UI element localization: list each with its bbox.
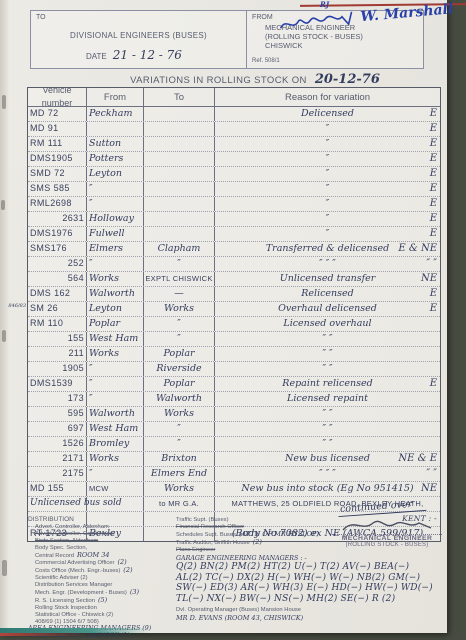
distribution-item-text: Traffic Supt. (Buses) [176,517,229,523]
distribution-item: Advert. Controller, Aldenham [28,524,176,531]
cell-reason: Overhaul delicensedE [215,302,440,316]
cell-reason: Unlicensed transferNE [215,272,440,286]
cell-reason: ″E [215,182,440,196]
distribution-item-text: Traffic Auditor, Griffith House [176,540,250,546]
cell-from: West Ham [87,422,144,436]
reason-text: ″ [326,183,330,194]
status-mark: E [430,227,437,240]
cell-to: Works [144,407,215,421]
table-row: SMS176Elmers EndClaphamTransferred & del… [28,242,440,257]
table-row: MD 72PeckhamDelicensedE [28,107,440,122]
status-mark: ″ ″ [426,257,437,270]
table-row: 2175″Elmers End″ ″ ″″ ″ [28,467,440,482]
status-mark: E [430,182,437,195]
cell-vehicle-number: 2175 [28,467,87,481]
to-value: DIVISIONAL ENGINEERS (BUSES) [31,31,246,40]
cell-vehicle-number: MD 72 [28,107,87,121]
reason-text: ″ [326,153,330,164]
cell-vehicle-number: 595 [28,407,87,421]
table-row: SMS 585″″E [28,182,440,197]
col-header-vehicle: Vehicle number [28,88,87,106]
cell-vehicle-number: 173 [28,392,87,406]
cell-vehicle-number: SMS 585 [28,182,87,196]
reason-text: ″ [326,138,330,149]
table-row: 252″″″ ″ ″″ ″ [28,257,440,272]
cell-to: ″ [144,317,215,331]
cell-to: Poplar [144,347,215,361]
cell-from: ″ [87,257,144,271]
cell-from: Elmers End [87,242,144,256]
title-date: 20-12-76 [315,72,380,87]
cell-to: Poplar [144,377,215,391]
cell-to: ″ [144,422,215,436]
initials-annotation: RJ [320,0,329,9]
scan-artifact [1,200,5,210]
cell-reason: ″ ″ ″″ ″ [215,257,440,271]
cell-to: Works [144,482,215,496]
cell-reason: ″E [215,137,440,151]
garage-code-line: SW(−) ED(3) AR(−) WH(3) E(−) HD(−) HW(−)… [176,583,440,594]
reason-text: ″ ″ ″ [319,258,336,269]
cell-to: EXPTL CHISWICK [144,272,215,286]
cell-reason: ″ ″ [215,422,440,436]
cell-to: Walworth [144,392,215,406]
cell-vehicle-number: 697 [28,422,87,436]
reason-text: ″ ″ [322,348,332,359]
cell-to [144,167,215,181]
distribution-item-text: Financial Research Officer [176,524,244,530]
cell-to: Clapham [144,242,215,256]
cell-vehicle-number: 1526 [28,437,87,451]
cell-reason: ″ ″ [215,347,440,361]
cell-reason: ″ ″ [215,332,440,346]
table-row: DMS1976Fulwell″E [28,227,440,242]
cell-from: ″ [87,467,144,481]
cell-vehicle-number: 2631 [28,212,87,226]
cell-vehicle-number: 211 [28,347,87,361]
distribution-item-text: Rolling Stock Inspection [35,605,97,611]
form-title: VARIATIONS IN ROLLING STOCK ON20-12-76 [90,70,420,88]
cell-to: Brixton [144,452,215,466]
cell-to [144,152,215,166]
garage-code-lines: Q(2) BN(2) PM(2) HT(2) U(−) T(2) AV(−) B… [176,562,440,604]
variations-table: Vehicle number From To Reason for variat… [27,87,441,542]
distribution-item-text: Distribution Services Manager [35,582,112,588]
cell-to [144,227,215,241]
table-row: 173″WalworthLicensed repaint [28,392,440,407]
distribution-left-column: DISTRIBUTIONAdvert. Controller, Aldenham… [28,517,176,639]
distribution-item-suffix: (2) [253,538,262,546]
reason-text: ″ ″ [322,408,332,419]
cell-to: — [144,287,215,301]
reason-text: ″ ″ [322,423,332,434]
table-row: 2171WorksBrixtonNew bus licensedNE & E [28,452,440,467]
cell-from: Peckham [87,107,144,121]
cell-to: ″ [144,257,215,271]
garage-code-line: TL(−) NX(−) BW(−) NS(−) MH(2) SE(−) R (2… [176,594,440,605]
reason-text: ″ ″ ″ [319,468,336,479]
cell-vehicle-number: 2171 [28,452,87,466]
distribution-item-text: Mech. Engr. (Development - Buses) [35,590,127,596]
table-row: 1905″Riverside″ ″ [28,362,440,377]
distribution-item: Statistical Office - Chiswick (2) [28,612,176,619]
cell-from: Walworth [87,287,144,301]
cell-reason: ″E [215,227,440,241]
cell-from: Poplar [87,317,144,331]
table-row: 595WalworthWorks″ ″ [28,407,440,422]
title-text: VARIATIONS IN ROLLING STOCK ON [130,75,307,86]
col-header-reason: Reason for variation [215,88,440,106]
distribution-item-text: Scientific Adviser (2) [35,575,88,581]
table-row: RM 111Sutton″E [28,137,440,152]
cell-reason: ″ ″ [215,362,440,376]
table-body: MD 72PeckhamDelicensedEMD 91″ERM 111Sutt… [28,107,440,541]
operating-manager-line: Dvl. Operating Manager (Buses) Mansion H… [176,607,440,614]
table-row: RML2698″″E [28,197,440,212]
cell-from: Leyton [87,302,144,316]
distribution-item: Commercial Advertising Officer(2) [28,559,176,567]
cell-from: Sutton [87,137,144,151]
table-row: MD 155MCW BIRMINGHAMWorksNew bus into st… [28,482,440,497]
distribution-item-text: Statistical Office - Chiswick (2) [35,612,113,618]
cell-vehicle-number: 252 [28,257,87,271]
cell-vehicle-number: DMS 162 [28,287,87,301]
stamp-signature-scribble [337,516,437,534]
distribution-item: Scientific Adviser (2) [28,575,176,582]
distribution-item-suffix: (2) [117,558,126,566]
cell-reason: ″ ″ [215,437,440,451]
distribution-item: Rolling Stock Inspection [28,605,176,612]
scanned-form-page: TO DIVISIONAL ENGINEERS (BUSES) DATE21 -… [0,0,447,633]
distribution-item-suffix: (2) [123,566,132,574]
reason-text: New bus into stock (Eg No 951415) [241,483,413,494]
distribution-item: Central RecordROOM 34 [28,552,176,560]
distribution-item: Birds Section, Aldenham [28,538,176,545]
distribution-item-text: Commercial Advertising Officer [35,560,114,566]
evans-line: MR D. EVANS (ROOM 43, CHISWICK) [176,614,440,622]
cell-from: ″ [87,362,144,376]
reason-text: Delicensed [301,108,354,119]
distribution-item: R. S. Licensing Section(5) [28,597,176,605]
status-mark: ″ ″ [426,467,437,480]
cell-reason: New bus into stock (Eg No 951415)NE [215,482,440,496]
cell-vehicle-number: 155 [28,332,87,346]
reason-text: ″ ″ [322,438,332,449]
scan-artifact [2,560,7,576]
distribution-item: Costs Office (Mech. Engr.-buses)(2) [28,567,176,575]
status-mark: E [430,152,437,165]
date-label: DATE [86,52,107,61]
cell-to: Riverside [144,362,215,376]
status-mark: NE [421,272,437,285]
status-mark: E [430,197,437,210]
reason-text: ″ ″ [322,363,332,374]
reason-text: Overhaul delicensed [278,303,377,314]
cell-reason: ″ ″ [215,407,440,421]
cell-to: ″ [144,332,215,346]
distribution-item-suffix: (3) [130,588,139,596]
reason-text: ″ [326,198,330,209]
distribution-item-suffix: (ATTN OF MR HYSLOP) [239,530,319,538]
cell-reason: ″E [215,152,440,166]
status-mark: E [430,212,437,225]
distribution-item-text: Body Spec. Section, [35,545,87,551]
cell-reason: Licensed overhaul [215,317,440,331]
cell-to: Elmers End [144,467,215,481]
table-row: 155West Ham″″ ″ [28,332,440,347]
cell-vehicle-number: RM 110 [28,317,87,331]
reason-text: ″ ″ [322,333,332,344]
cell-reason: RelicensedE [215,287,440,301]
cell-from: Works [87,272,144,286]
cell-from: West Ham [87,332,144,346]
cell-to [144,137,215,151]
col-header-from: From [87,88,144,106]
distribution-item-suffix: ROOM 34 [77,551,110,559]
table-row: 211WorksPoplar″ ″ [28,347,440,362]
status-mark: E [430,167,437,180]
status-mark: E [430,122,437,135]
cell-from: Fulwell [87,227,144,241]
status-mark: E [430,302,437,315]
cell-from: Leyton [87,167,144,181]
scan-artifact [2,330,6,342]
status-mark: NE [421,482,437,495]
signature-name: W. Marshall [360,1,454,25]
cell-vehicle-number: SM 26 [28,302,87,316]
status-mark: E [430,377,437,390]
to-label: TO [36,14,46,21]
distribution-item: Advert. Controller, Camberwell [28,531,176,538]
from-line-3: CHISWICK [265,41,363,50]
cell-reason: Repaint relicensedE [215,377,440,391]
distribution-item-text: Schedules Supt. Buses [176,532,236,538]
date-value: 21 - 12 - 76 [113,48,182,62]
distribution-item-text: Advert. Controller, Camberwell [35,531,114,537]
garage-code-line: AL(2) TC(−) DX(2) H(−) WH(−) W(−) NB(2) … [176,573,440,584]
cell-from: Works [87,452,144,466]
cell-to [144,182,215,196]
table-row: SM 26LeytonWorksOverhaul delicensedE846/… [28,302,440,317]
cell-reason: Transferred & delicensedE & NE [215,242,440,256]
cell-vehicle-number: SMS176 [28,242,87,256]
distribution-item-text: R. S. Licensing Section [35,598,95,604]
cell-reason: DelicensedE [215,107,440,121]
distribution-item-suffix: (5) [98,596,107,604]
reason-text: ″ [326,213,330,224]
distribution-item-text: Central Record [35,553,74,559]
table-row: 1526Bromley″″ ″ [28,437,440,452]
table-row: DMS 162Walworth—RelicensedE [28,287,440,302]
cell-from: Walworth [87,407,144,421]
cell-from: Potters Bar [87,152,144,166]
reason-text: Relicensed [301,288,354,299]
to-cell: TO DIVISIONAL ENGINEERS (BUSES) DATE21 -… [31,11,247,68]
cell-reason: ″E [215,167,440,181]
reason-text: Licensed repaint [287,393,368,404]
cell-vehicle-number: MD 155 [28,482,87,496]
distribution-item: DISTRIBUTION [28,517,176,524]
distribution-item-text: Costs Office (Mech. Engr.-buses) [35,568,120,574]
distribution-item: Distribution Services Manager [28,582,176,589]
cell-from: ″ [87,182,144,196]
cell-to [144,197,215,211]
table-row: MD 91″E [28,122,440,137]
status-mark: E & NE [398,242,437,255]
cell-to: to MR G.A. [144,497,215,511]
reason-text: ″ [326,228,330,239]
cell-vehicle-number: SMD 72 [28,167,87,181]
distribution-item-text: Advert. Controller, Aldenham [35,524,109,530]
cell-vehicle-number: Unlicensed bus sold [28,497,87,511]
margin-note: 846/83 [2,304,26,309]
status-mark: E [430,287,437,300]
cell-reason: New bus licensedNE & E [215,452,440,466]
reason-text: Repaint relicensed [282,378,372,389]
table-row: 2631Holloway″E [28,212,440,227]
reason-text: New bus licensed [285,453,370,464]
cell-from: MCW BIRMINGHAM [87,482,144,496]
cell-to: Works [144,302,215,316]
cell-reason: ″ ″ ″″ ″ [215,467,440,481]
cell-from: Holloway [87,212,144,226]
reason-text: ″ [326,123,330,134]
stamp-line-1: MECHANICAL ENGINEER [328,535,446,542]
cell-reason: ″E [215,212,440,226]
cell-from [87,122,144,136]
table-row: DMS1539″PoplarRepaint relicensedE [28,377,440,392]
status-mark: E [430,107,437,120]
table-row: SMD 72Leyton″E [28,167,440,182]
status-mark: NE & E [398,452,437,465]
cell-from: ″ [87,197,144,211]
cell-to [144,107,215,121]
cell-vehicle-number: DMS1905 [28,152,87,166]
mechanical-engineer-stamp: MECHANICAL ENGINEER (ROLLING STOCK - BUS… [328,516,446,548]
cell-to [144,122,215,136]
reason-text: ″ [326,168,330,179]
cell-vehicle-number: 564 [28,272,87,286]
garage-code-line: Q(2) BN(2) PM(2) HT(2) U(−) T(2) AV(−) B… [176,562,440,573]
cell-reason: ″E [215,122,440,136]
cell-vehicle-number: DMS1539 [28,377,87,391]
reason-text: Unlicensed transfer [280,273,376,284]
scan-artifact [2,95,6,109]
cell-from: ″ [87,392,144,406]
table-header-row: Vehicle number From To Reason for variat… [28,88,440,107]
cell-reason: Licensed repaint [215,392,440,406]
cell-vehicle-number: 1905 [28,362,87,376]
cell-from: Works [87,347,144,361]
date-line: DATE21 - 12 - 76 [86,48,182,62]
distribution-item-text: Birds Section, Aldenham [35,538,98,544]
reason-text: Licensed overhaul [283,318,371,329]
stamp-line-2: (ROLLING STOCK - BUSES) [328,542,446,548]
scanner-red-streak [0,633,90,636]
table-row: RM 110Poplar″Licensed overhaul [28,317,440,332]
table-row: DMS1905Potters Bar″E [28,152,440,167]
cell-to [144,212,215,226]
cell-to: ″ [144,437,215,451]
cell-vehicle-number: RM 111 [28,137,87,151]
ref-number: Ref. 508/1 [252,58,280,64]
cell-from: Bromley [87,437,144,451]
reason-text: Transferred & delicensed [266,243,389,254]
cell-vehicle-number: RML2698 [28,197,87,211]
cell-vehicle-number: DMS1976 [28,227,87,241]
table-row: 564WorksEXPTL CHISWICKUnlicensed transfe… [28,272,440,287]
from-label: FROM [252,14,273,21]
cell-reason: ″E [215,197,440,211]
distribution-item-text: Plans Engineer [176,547,215,553]
cell-vehicle-number: MD 91 [28,122,87,136]
cell-from: ″ [87,377,144,391]
status-mark: E [430,137,437,150]
col-header-to: To [144,88,215,106]
table-row: 697West Ham″″ ″ [28,422,440,437]
distribution-item-text: DISTRIBUTION [28,516,74,523]
